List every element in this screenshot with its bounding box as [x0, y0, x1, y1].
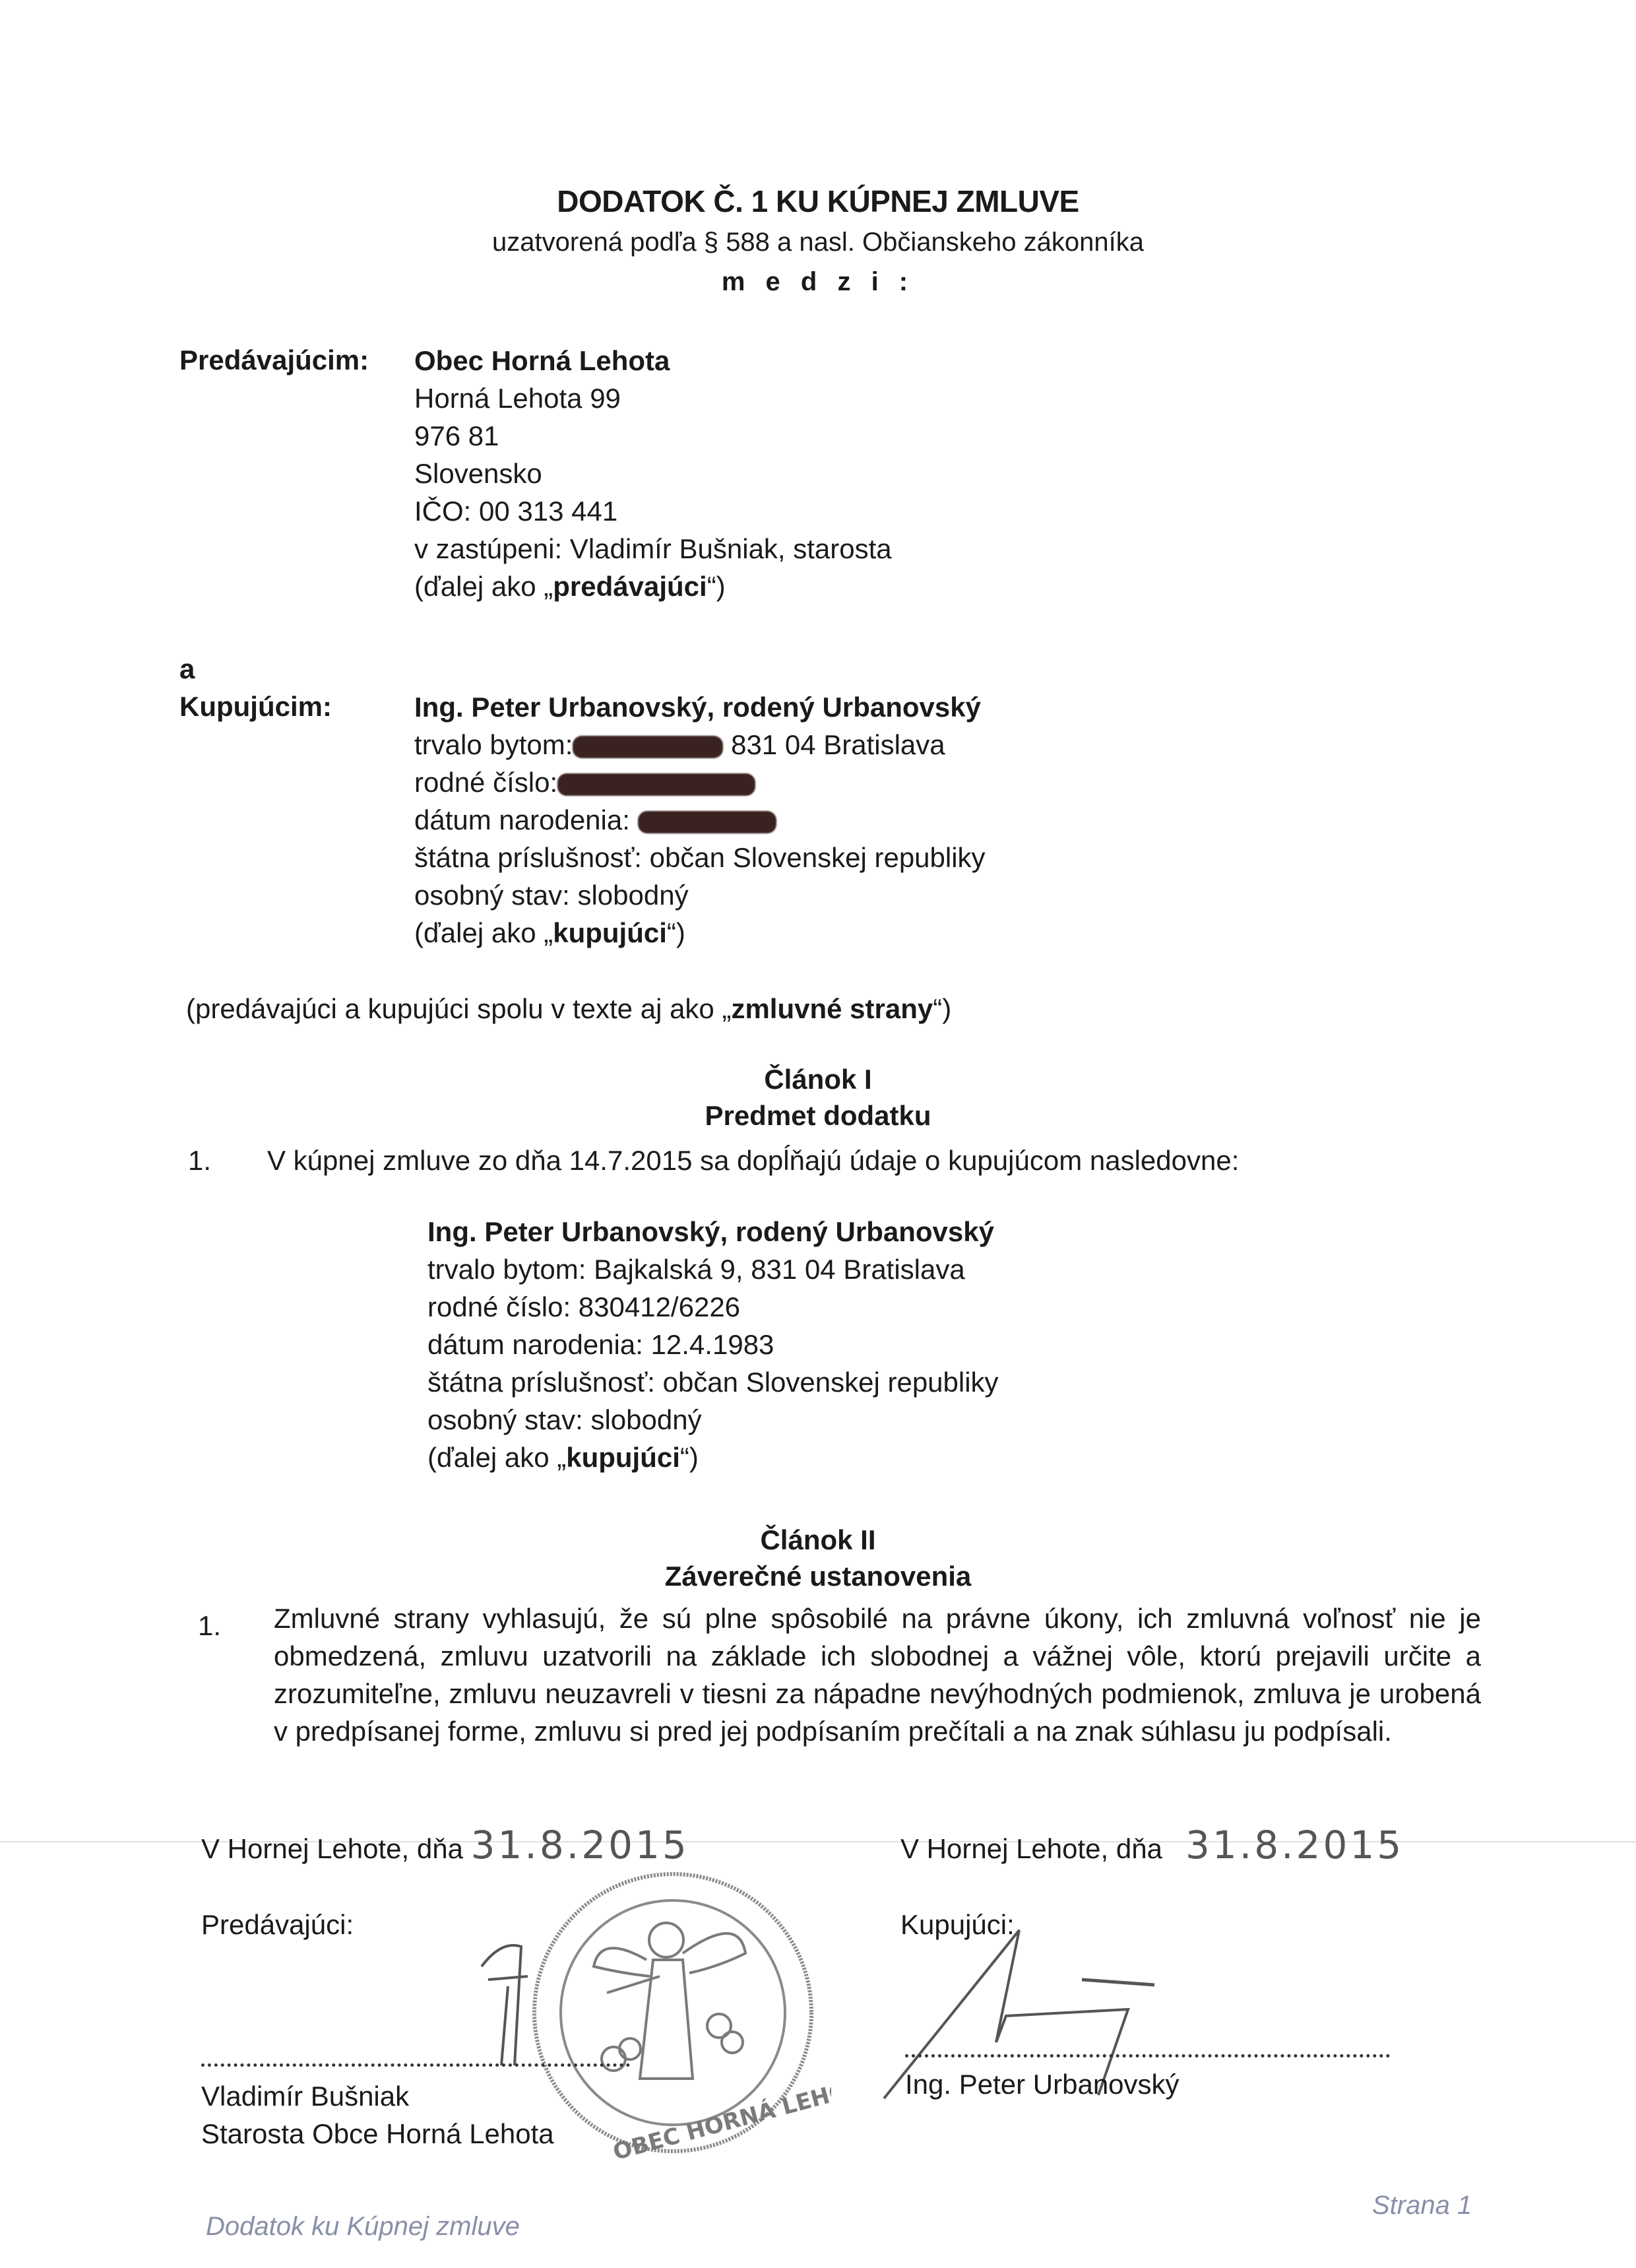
document-subtitle: uzatvorená podľa § 588 a nasl. Občianske…	[0, 228, 1636, 257]
buyer-marital-status: osobný stav: slobodný	[414, 876, 986, 914]
seller-ico: IČO: 00 313 441	[414, 492, 892, 530]
buyer-birth-number: rodné číslo:	[414, 763, 986, 801]
seller-block: Obec Horná Lehota Horná Lehota 99 976 81…	[414, 342, 892, 605]
seller-role: Predávajúci:	[201, 1906, 354, 1943]
footer-document-name: Dodatok ku Kúpnej zmluve	[206, 2212, 520, 2242]
conjunction: a	[179, 653, 195, 685]
seller-signature-line	[201, 2063, 630, 2069]
seller-postal-code: 976 81	[414, 417, 892, 455]
footer-page-number: Strana 1	[1372, 2191, 1472, 2220]
buyer-address: trvalo bytom: 831 04 Bratislava	[414, 726, 986, 763]
amended-buyer-marital-status: osobný stav: slobodný	[427, 1401, 999, 1439]
seller-address-line: Horná Lehota 99	[414, 379, 892, 417]
buyer-name: Ing. Peter Urbanovský, rodený Urbanovský	[414, 688, 986, 726]
redaction-mark	[638, 811, 776, 833]
parties-note: (predávajúci a kupujúci spolu v texte aj…	[186, 990, 951, 1027]
buyer-block: Ing. Peter Urbanovský, rodený Urbanovský…	[414, 688, 986, 952]
between-label: m e d z i :	[0, 267, 1636, 297]
seller-alias: (ďalej ako „predávajúci“)	[414, 567, 892, 605]
seller-name: Obec Horná Lehota	[414, 342, 892, 379]
buyer-place-date: V Hornej Lehote, dňa 31.8.2015	[900, 1827, 1404, 1867]
svg-text:OBEC HORNÁ LEHOTA: OBEC HORNÁ LEHOTA	[610, 2069, 831, 2166]
redaction-mark	[557, 773, 755, 796]
amended-buyer-citizenship: štátna príslušnosť: občan Slovenskej rep…	[427, 1363, 999, 1401]
seller-representative: v zastúpeni: Vladimír Bušniak, starosta	[414, 530, 892, 567]
amended-buyer-birth-date: dátum narodenia: 12.4.1983	[427, 1326, 999, 1363]
seller-signatory-title: Starosta Obce Horná Lehota	[201, 2115, 554, 2153]
amended-buyer-block: Ing. Peter Urbanovský, rodený Urbanovský…	[427, 1213, 999, 1476]
seller-label: Predávajúcim:	[179, 344, 369, 376]
amended-buyer-birth-number: rodné číslo: 830412/6226	[427, 1288, 999, 1326]
buyer-handwritten-date: 31.8.2015	[1185, 1823, 1404, 1867]
article-1-title: Predmet dodatku	[0, 1100, 1636, 1132]
amended-buyer-address: trvalo bytom: Bajkalská 9, 831 04 Bratis…	[427, 1250, 999, 1288]
redaction-mark	[573, 736, 723, 758]
buyer-citizenship: štátna príslušnosť: občan Slovenskej rep…	[414, 839, 986, 876]
article-2-item-text: Zmluvné strany vyhlasujú, že sú plne spô…	[274, 1600, 1481, 1750]
article-1-item-number: 1.	[188, 1145, 211, 1177]
buyer-signature-line	[905, 2054, 1390, 2060]
article-2-item-number: 1.	[198, 1610, 221, 1642]
article-2-heading: Článok II	[0, 1524, 1636, 1556]
article-1-heading: Článok I	[0, 1064, 1636, 1095]
buyer-alias: (ďalej ako „kupujúci“)	[414, 914, 986, 952]
seller-signatory-name: Vladimír Bušniak	[201, 2077, 409, 2115]
article-1-item-text: V kúpnej zmluve zo dňa 14.7.2015 sa dopĺ…	[267, 1142, 1239, 1179]
amended-buyer-alias: (ďalej ako „kupujúci“)	[427, 1439, 999, 1476]
article-2-title: Záverečné ustanovenia	[0, 1561, 1636, 1592]
amended-buyer-name: Ing. Peter Urbanovský, rodený Urbanovský	[427, 1213, 999, 1250]
buyer-label: Kupujúcim:	[179, 691, 332, 723]
buyer-signatory-name: Ing. Peter Urbanovský	[905, 2065, 1180, 2103]
seller-country: Slovensko	[414, 455, 892, 492]
buyer-birth-date: dátum narodenia:	[414, 801, 986, 839]
document-title: DODATOK Č. 1 KU KÚPNEJ ZMLUVE	[0, 183, 1636, 219]
